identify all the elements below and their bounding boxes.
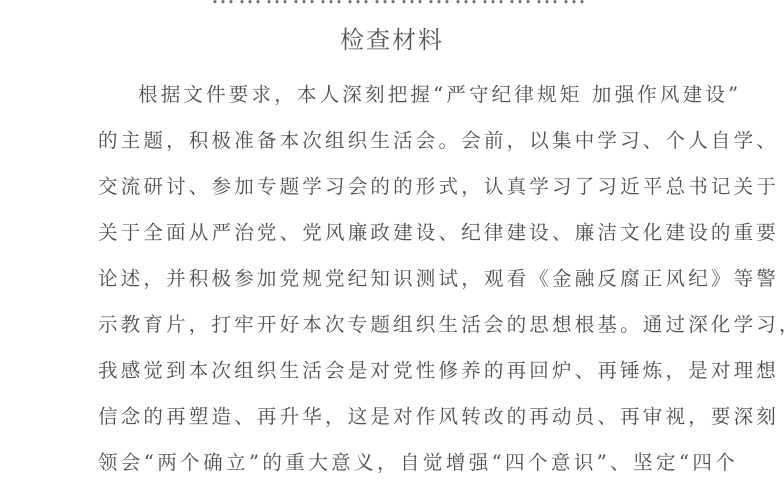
document-body: 根据文件要求，本人深刻把握“严守纪律规矩 加强作风建设” 的主题，积极准备本次组… — [98, 76, 738, 490]
paragraph-line: 交流研讨、参加专题学习会的的形式，认真学习了习近平总书记关于 — [98, 168, 738, 214]
paragraph-line: 我感觉到本次组织生活会是对党性修养的再回炉、再锤炼，是对理想 — [98, 352, 738, 398]
document-title: 检查材料 — [0, 24, 784, 56]
paragraph-line: 根据文件要求，本人深刻把握“严守纪律规矩 加强作风建设” — [98, 76, 738, 122]
paragraph-line: 关于全面从严治党、党风廉政建设、纪律建设、廉洁文化建设的重要 — [98, 214, 738, 260]
document-page: …………………………………… 检查材料 根据文件要求，本人深刻把握“严守纪律规矩… — [0, 0, 784, 490]
clipped-title-line: …………………………………… — [100, 0, 700, 6]
paragraph-line: 论述，并积极参加党规党纪知识测试，观看《金融反腐正风纪》等警 — [98, 260, 738, 306]
paragraph-line: 信念的再塑造、再升华，这是对作风转改的再动员、再审视，要深刻 — [98, 398, 738, 444]
paragraph-line: 示教育片，打牢开好本次专题组织生活会的思想根基。通过深化学习， — [98, 306, 738, 352]
paragraph-line: 领会“两个确立”的重大意义，自觉增强“四个意识”、坚定“四个 — [98, 444, 738, 490]
paragraph-line: 的主题，积极准备本次组织生活会。会前，以集中学习、个人自学、 — [98, 122, 738, 168]
